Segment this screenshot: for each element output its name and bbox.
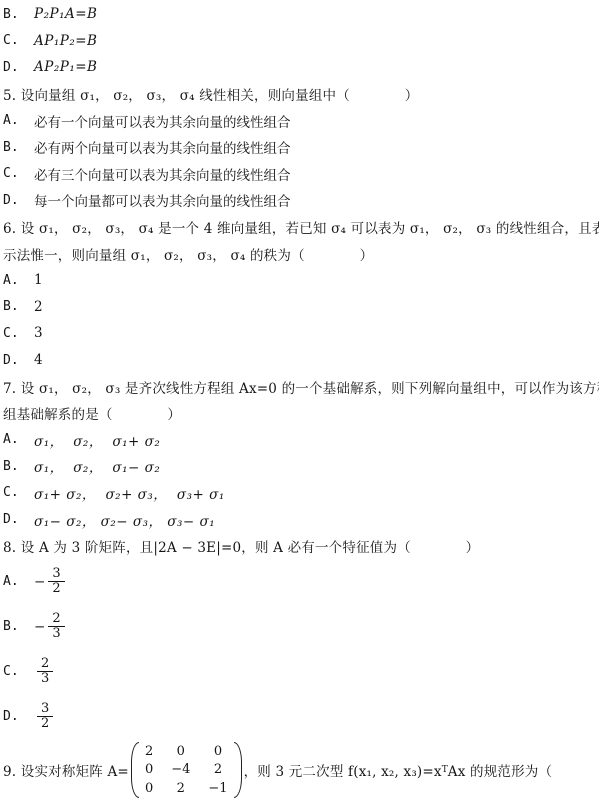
fraction-denominator: 2 xyxy=(48,581,64,597)
matrix-cell: 2 xyxy=(214,761,222,780)
question-6-option-b: B. 2 xyxy=(3,294,599,321)
question-5-stem: 5. 设向量组 σ₁， σ₂， σ₃， σ₄ 线性相关，则向量组中（ ） xyxy=(3,81,599,108)
question-6-option-d: D. 4 xyxy=(3,347,599,374)
option-label: A. xyxy=(3,113,34,128)
option-formula: σ₁， σ₂， σ₁+ σ₂ xyxy=(34,430,160,450)
fraction-denominator: 3 xyxy=(48,626,64,642)
question-8-option-b: B. − 2 3 xyxy=(3,604,599,649)
option-label: B. xyxy=(3,459,34,474)
matrix-right-paren xyxy=(234,742,242,798)
matrix-cell: 0 xyxy=(145,780,153,799)
question-8-option-d: D. 3 2 xyxy=(3,694,599,739)
matrix-cell: −1 xyxy=(208,780,227,799)
option-label: B. xyxy=(3,7,34,22)
option-formula: AP₂P₁=B xyxy=(34,59,97,75)
option-label: A. xyxy=(3,432,34,447)
option-text: 2 xyxy=(34,299,43,315)
prev-option-b: B. P₂P₁A=B xyxy=(3,1,599,28)
question-7-option-b: B. σ₁， σ₂， σ₁− σ₂ xyxy=(3,453,599,480)
option-label: D. xyxy=(3,512,34,527)
question-9-prefix: 9. 设实对称矩阵 A= xyxy=(3,760,129,780)
option-label: D. xyxy=(3,709,34,724)
fraction: 3 2 xyxy=(48,567,64,598)
matrix-cell: 0 xyxy=(177,743,185,762)
matrix-left-paren xyxy=(131,742,139,798)
option-text: 1 xyxy=(34,272,43,288)
option-label: D. xyxy=(3,353,34,368)
fraction-sign: − xyxy=(34,574,45,590)
question-7-option-a: A. σ₁， σ₂， σ₁+ σ₂ xyxy=(3,427,599,454)
option-text: 必有两个向量可以表为其余向量的线性组合 xyxy=(34,137,291,157)
option-label: A. xyxy=(3,574,34,589)
option-label: C. xyxy=(3,326,34,341)
matrix-cell: 2 xyxy=(177,780,185,799)
question-5-option-a: A. 必有一个向量可以表为其余向量的线性组合 xyxy=(3,107,599,134)
matrix-cells: 2 0 0 0 −4 2 0 2 −1 xyxy=(139,743,234,799)
question-5-option-c: C. 必有三个向量可以表为其余向量的线性组合 xyxy=(3,161,599,188)
prev-option-d: D. AP₂P₁=B xyxy=(3,54,599,81)
option-formula: σ₁， σ₂， σ₁− σ₂ xyxy=(34,456,160,476)
option-label: B. xyxy=(3,619,34,634)
option-label: B. xyxy=(3,140,34,155)
matrix-cell: −4 xyxy=(171,761,190,780)
fraction-numerator: 2 xyxy=(48,612,64,627)
question-7-option-d: D. σ₁− σ₂， σ₂− σ₃， σ₃− σ₁ xyxy=(3,506,599,533)
exam-document: B. P₂P₁A=B C. AP₁P₂=B D. AP₂P₁=B 5. 设向量组… xyxy=(0,0,599,799)
option-text: 4 xyxy=(34,352,43,368)
matrix-cell: 2 xyxy=(145,743,153,762)
matrix: 2 0 0 0 −4 2 0 2 −1 xyxy=(131,741,242,799)
fraction-denominator: 2 xyxy=(37,716,53,732)
question-5-option-d: D. 每一个向量都可以表为其余向量的线性组合 xyxy=(3,187,599,214)
question-7-stem-line2: 组基础解系的是（ ） xyxy=(3,400,599,427)
option-label: C. xyxy=(3,166,34,181)
fraction-numerator: 3 xyxy=(37,702,53,717)
prev-option-c: C. AP₁P₂=B xyxy=(3,28,599,55)
fraction-denominator: 3 xyxy=(37,671,53,687)
fraction: 2 3 xyxy=(37,657,53,688)
question-7-stem-line1: 7. 设 σ₁， σ₂， σ₃ 是齐次线性方程组 Ax=0 的一个基础解系，则下… xyxy=(3,373,599,400)
option-formula: σ₁− σ₂， σ₂− σ₃， σ₃− σ₁ xyxy=(34,510,215,530)
option-formula: AP₁P₂=B xyxy=(34,33,97,49)
option-label: A. xyxy=(3,273,34,288)
matrix-cell: 0 xyxy=(145,761,153,780)
matrix-cell: 0 xyxy=(214,743,222,762)
question-6-stem-line1: 6. 设 σ₁， σ₂， σ₃， σ₄ 是一个 4 维向量组，若已知 σ₄ 可以… xyxy=(3,214,599,241)
question-9-stem: 9. 设实对称矩阵 A= 2 0 0 0 −4 2 0 2 −1 ，则 3 元二… xyxy=(3,740,599,799)
question-6-option-c: C. 3 xyxy=(3,320,599,347)
option-text: 必有一个向量可以表为其余向量的线性组合 xyxy=(34,111,291,131)
question-7-option-c: C. σ₁+ σ₂， σ₂+ σ₃， σ₃+ σ₁ xyxy=(3,480,599,507)
question-5-option-b: B. 必有两个向量可以表为其余向量的线性组合 xyxy=(3,134,599,161)
option-formula: P₂P₁A=B xyxy=(34,6,97,22)
question-9-suffix: Ax 的规范形为（ ） xyxy=(448,760,599,780)
option-label: C. xyxy=(3,485,34,500)
option-label: D. xyxy=(3,193,34,208)
option-text: 每一个向量都可以表为其余向量的线性组合 xyxy=(34,190,291,210)
fraction: 2 3 xyxy=(48,612,64,643)
question-8-stem: 8. 设 A 为 3 阶矩阵，且|2A − 3E|=0，则 A 必有一个特征值为… xyxy=(3,533,599,560)
option-label: D. xyxy=(3,60,34,75)
question-6-stem-line2: 示法惟一，则向量组 σ₁， σ₂， σ₃， σ₄ 的秩为（ ） xyxy=(3,240,599,267)
option-text: 3 xyxy=(34,325,43,341)
fraction-numerator: 3 xyxy=(48,567,64,582)
question-8-option-a: A. − 3 2 xyxy=(3,559,599,604)
option-label: C. xyxy=(3,33,34,48)
option-text: 必有三个向量可以表为其余向量的线性组合 xyxy=(34,164,291,184)
fraction-sign: − xyxy=(34,619,45,635)
option-formula: σ₁+ σ₂， σ₂+ σ₃， σ₃+ σ₁ xyxy=(34,483,225,503)
question-8-option-c: C. 2 3 xyxy=(3,649,599,694)
option-label: C. xyxy=(3,664,34,679)
question-9-mid: ，则 3 元二次型 f(x₁, x₂, x₃)=x xyxy=(244,760,442,780)
fraction-numerator: 2 xyxy=(37,657,53,672)
option-label: B. xyxy=(3,299,34,314)
question-6-option-a: A. 1 xyxy=(3,267,599,294)
fraction: 3 2 xyxy=(37,702,53,733)
